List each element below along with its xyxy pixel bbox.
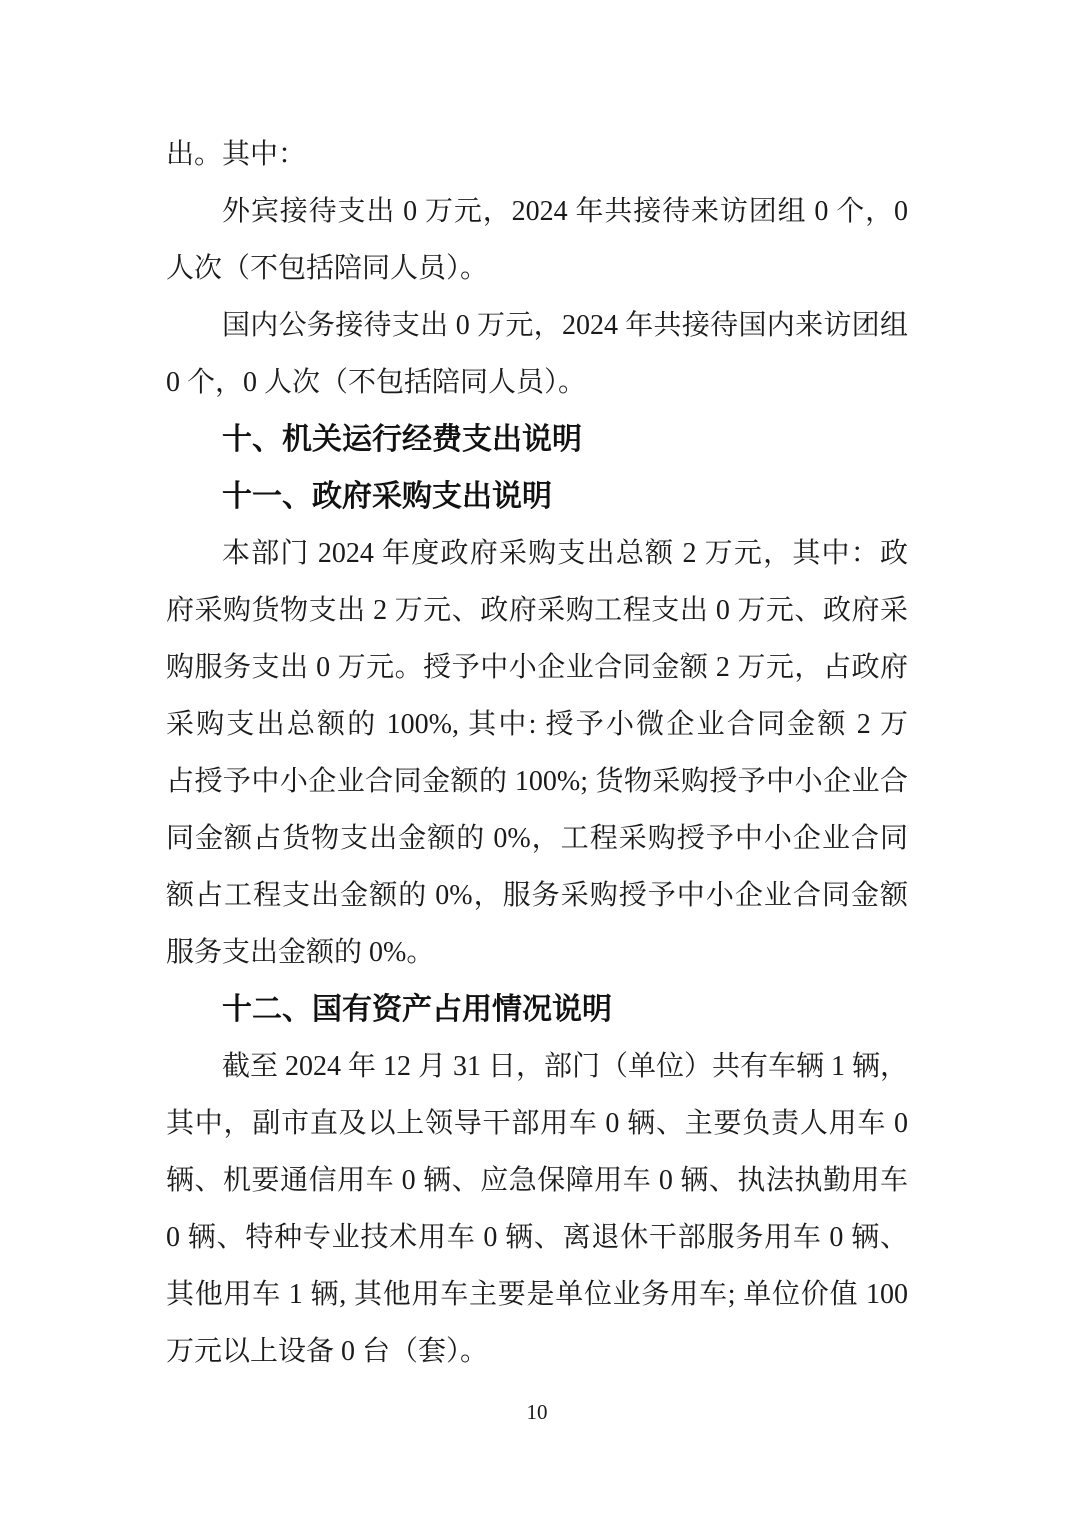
paragraph-line: 外宾接待支出 0 万元，2024 年共接待来访团组 0 个，0 bbox=[166, 183, 908, 240]
paragraph-line: 万元以上设备 0 台（套）。 bbox=[166, 1323, 908, 1380]
section-heading: 十、机关运行经费支出说明 bbox=[166, 411, 908, 468]
paragraph-line: 0 辆、特种专业技术用车 0 辆、离退休干部服务用车 0 辆、 bbox=[166, 1209, 908, 1266]
paragraph-line: 采购支出总额的 100%, 其中: 授予小微企业合同金额 2 万元， bbox=[166, 696, 908, 753]
paragraph-line: 占授予中小企业合同金额的 100%; 货物采购授予中小企业合 bbox=[166, 753, 908, 810]
paragraph-line: 国内公务接待支出 0 万元，2024 年共接待国内来访团组 bbox=[166, 297, 908, 354]
paragraph-line: 截至 2024 年 12 月 31 日，部门（单位）共有车辆 1 辆， bbox=[166, 1038, 908, 1095]
document-content: 出。其中： 外宾接待支出 0 万元，2024 年共接待来访团组 0 个，0 人次… bbox=[166, 126, 908, 1380]
page-number: 10 bbox=[0, 1398, 1074, 1426]
paragraph-line: 府采购货物支出 2 万元、政府采购工程支出 0 万元、政府采 bbox=[166, 582, 908, 639]
paragraph-line: 服务支出金额的 0%。 bbox=[166, 924, 908, 981]
paragraph-line: 辆、机要通信用车 0 辆、应急保障用车 0 辆、执法执勤用车 bbox=[166, 1152, 908, 1209]
document-page: 出。其中： 外宾接待支出 0 万元，2024 年共接待来访团组 0 个，0 人次… bbox=[0, 0, 1074, 1520]
paragraph-line: 0 个，0 人次（不包括陪同人员）。 bbox=[166, 354, 908, 411]
paragraph-line: 本部门 2024 年度政府采购支出总额 2 万元，其中：政 bbox=[166, 525, 908, 582]
paragraph-line: 其中，副市直及以上领导干部用车 0 辆、主要负责人用车 0 bbox=[166, 1095, 908, 1152]
paragraph-line: 出。其中： bbox=[166, 126, 908, 183]
paragraph-line: 同金额占货物支出金额的 0%，工程采购授予中小企业合同金 bbox=[166, 810, 908, 867]
paragraph-line: 额占工程支出金额的 0%，服务采购授予中小企业合同金额占 bbox=[166, 867, 908, 924]
paragraph-line: 人次（不包括陪同人员）。 bbox=[166, 240, 908, 297]
paragraph-line: 其他用车 1 辆, 其他用车主要是单位业务用车; 单位价值 100 bbox=[166, 1266, 908, 1323]
section-heading: 十二、国有资产占用情况说明 bbox=[166, 981, 908, 1038]
paragraph-line: 购服务支出 0 万元。授予中小企业合同金额 2 万元，占政府 bbox=[166, 639, 908, 696]
section-heading: 十一、政府采购支出说明 bbox=[166, 468, 908, 525]
